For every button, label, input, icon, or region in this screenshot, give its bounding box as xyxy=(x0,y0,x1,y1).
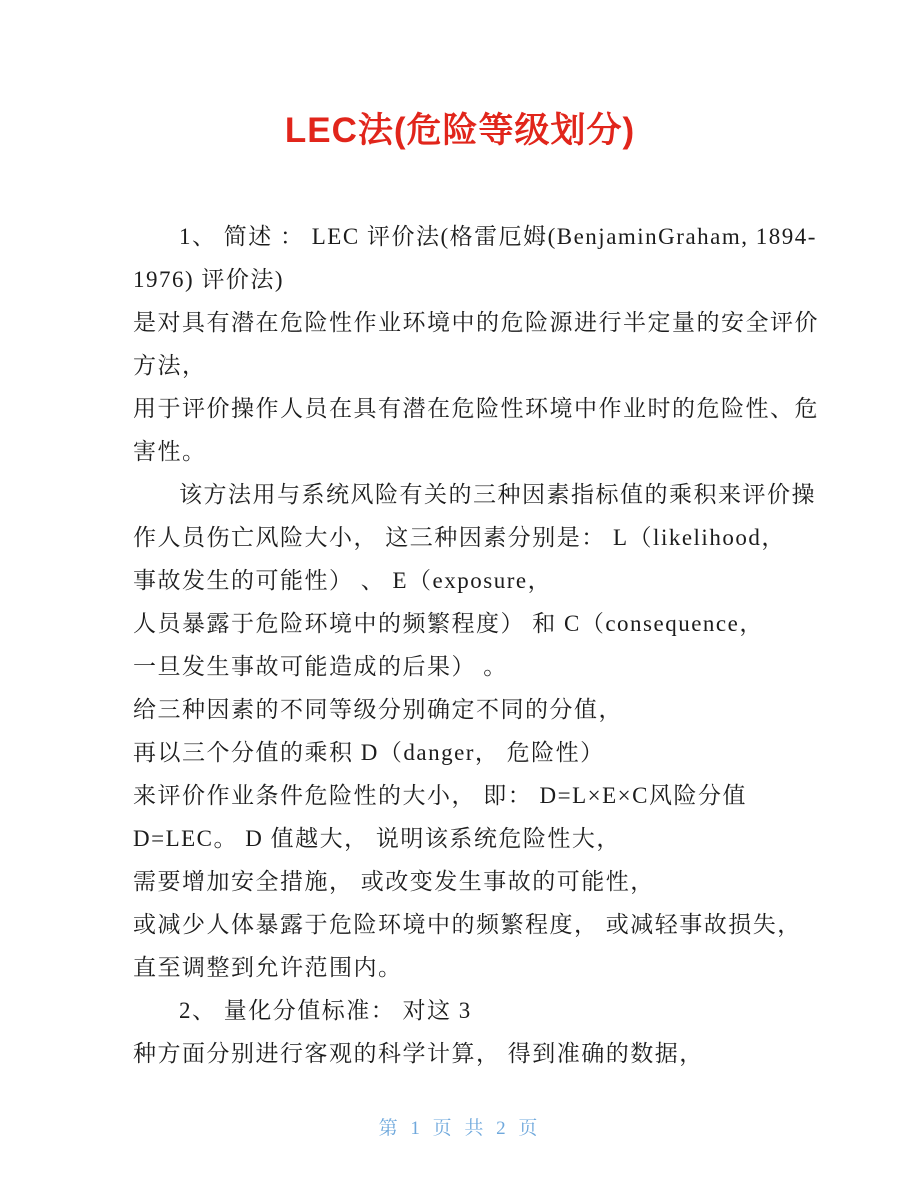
text-line: 该方法用与系统风险有关的三种因素指标值的乘积来评价操 xyxy=(133,473,793,516)
document-body: 1、 简述 ： LEC 评价法(格雷厄姆(BenjaminGraham, 189… xyxy=(133,215,793,1075)
document-page: LEC法(危险等级划分) 1、 简述 ： LEC 评价法(格雷厄姆(Benjam… xyxy=(0,0,920,1191)
text-line: 给三种因素的不同等级分别确定不同的分值， xyxy=(133,688,793,731)
text-line: 种方面分别进行客观的科学计算， 得到准确的数据， xyxy=(133,1032,793,1075)
text-line: 人员暴露于危险环境中的频繁程度） 和 C（consequence， xyxy=(133,602,793,645)
text-line: 1976) 评价法) xyxy=(133,258,793,301)
text-line: 作人员伤亡风险大小， 这三种因素分别是： L（likelihood， xyxy=(133,516,793,559)
text-line: 害性。 xyxy=(133,430,793,473)
text-line: 事故发生的可能性） 、 E（exposure， xyxy=(133,559,793,602)
text-line: 来评价作业条件危险性的大小， 即： D=L×E×C风险分值 xyxy=(133,774,793,817)
text-line: 用于评价操作人员在具有潜在危险性环境中作业时的危险性、危 xyxy=(133,387,793,430)
text-line: 是对具有潜在危险性作业环境中的危险源进行半定量的安全评价 xyxy=(133,301,793,344)
text-line: D=LEC。 D 值越大， 说明该系统危险性大， xyxy=(133,817,793,860)
text-line: 2、 量化分值标准： 对这 3 xyxy=(133,989,793,1032)
text-line: 方法， xyxy=(133,344,793,387)
text-line: 或减少人体暴露于危险环境中的频繁程度， 或减轻事故损失， xyxy=(133,903,793,946)
document-title: LEC法(危险等级划分) xyxy=(0,103,920,153)
text-line: 一旦发生事故可能造成的后果） 。 xyxy=(133,645,793,688)
page-number-indicator: 第 1 页 共 2 页 xyxy=(0,1113,920,1140)
text-line: 1、 简述 ： LEC 评价法(格雷厄姆(BenjaminGraham, 189… xyxy=(133,215,793,258)
text-line: 再以三个分值的乘积 D（danger， 危险性） xyxy=(133,731,793,774)
text-line: 需要增加安全措施， 或改变发生事故的可能性， xyxy=(133,860,793,903)
text-line: 直至调整到允许范围内。 xyxy=(133,946,793,989)
